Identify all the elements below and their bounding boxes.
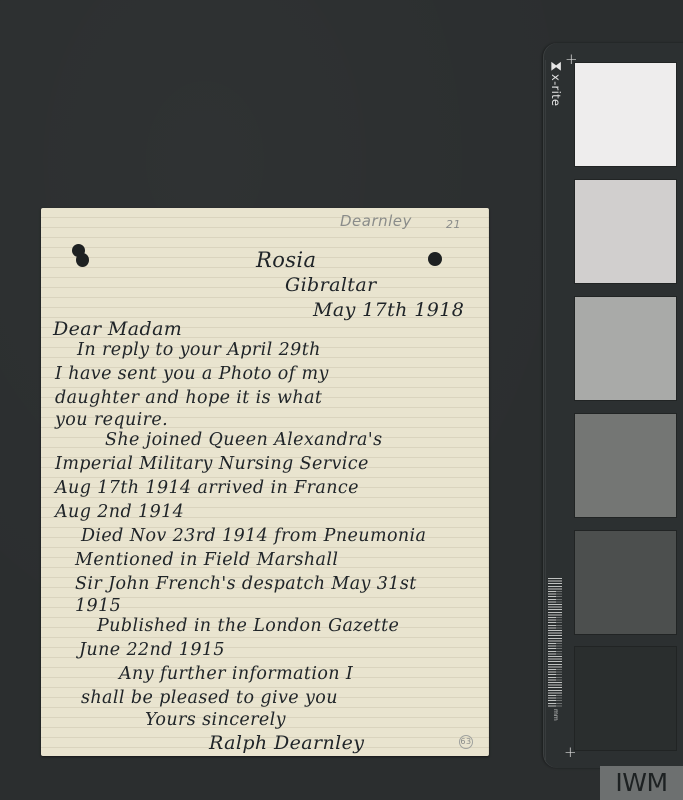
handwritten-letter: Dearnley 21 Rosia Gibraltar May 17th 191… [41, 208, 489, 756]
letter-line: Died Nov 23rd 1914 from Pneumonia [81, 526, 426, 546]
iwm-watermark: IWM [600, 766, 683, 800]
punch-hole-left-bottom [76, 253, 89, 267]
archive-folio-number: 21 [446, 218, 461, 231]
letter-line: you require. [55, 410, 168, 430]
letter-line: Any further information I [119, 664, 353, 684]
letter-line: daughter and hope it is what [55, 388, 322, 408]
swatch-mid-light-gray [575, 297, 676, 400]
letter-place: Rosia [256, 248, 316, 272]
swatch-mid-gray [575, 414, 676, 517]
paper-edge-shade [488, 208, 489, 756]
swatch-light-gray [575, 180, 676, 283]
xrite-logo-icon: ⧓ [550, 60, 562, 72]
letter-signature: Ralph Dearnley [209, 732, 364, 754]
swatch-black [575, 647, 676, 750]
letter-line: I have sent you a Photo of my [55, 364, 329, 384]
swatch-white [575, 63, 676, 166]
letter-location: Gibraltar [285, 274, 377, 296]
letter-line: shall be pleased to give you [81, 688, 338, 708]
mm-ruler-minor-ticks [556, 578, 562, 708]
punch-hole-right [428, 252, 442, 266]
letter-date: May 17th 1918 [313, 299, 464, 321]
xrite-brand-text: x-rite [549, 74, 563, 106]
letter-line: June 22nd 1915 [79, 640, 225, 660]
letter-line: 1915 [75, 596, 121, 616]
swatch-dark-gray [575, 531, 676, 634]
letter-line: Published in the London Gazette [97, 616, 399, 636]
letter-line: Sir John French's despatch May 31st [75, 574, 417, 594]
letter-line: She joined Queen Alexandra's [105, 430, 382, 450]
checker-edge-line [545, 60, 546, 760]
letter-salutation: Dear Madam [53, 318, 182, 340]
letter-closing: Yours sincerely [145, 710, 286, 730]
archive-page-stamp: 63 [459, 735, 473, 749]
letter-line: Aug 17th 1914 arrived in France [55, 478, 359, 498]
archive-surname-note: Dearnley [340, 212, 412, 230]
ruler-unit-label: mm [552, 709, 559, 721]
letter-line: Aug 2nd 1914 [55, 502, 184, 522]
letter-line: Imperial Military Nursing Service [55, 454, 369, 474]
letter-line: In reply to your April 29th [77, 340, 321, 360]
letter-line: Mentioned in Field Marshall [75, 550, 338, 570]
